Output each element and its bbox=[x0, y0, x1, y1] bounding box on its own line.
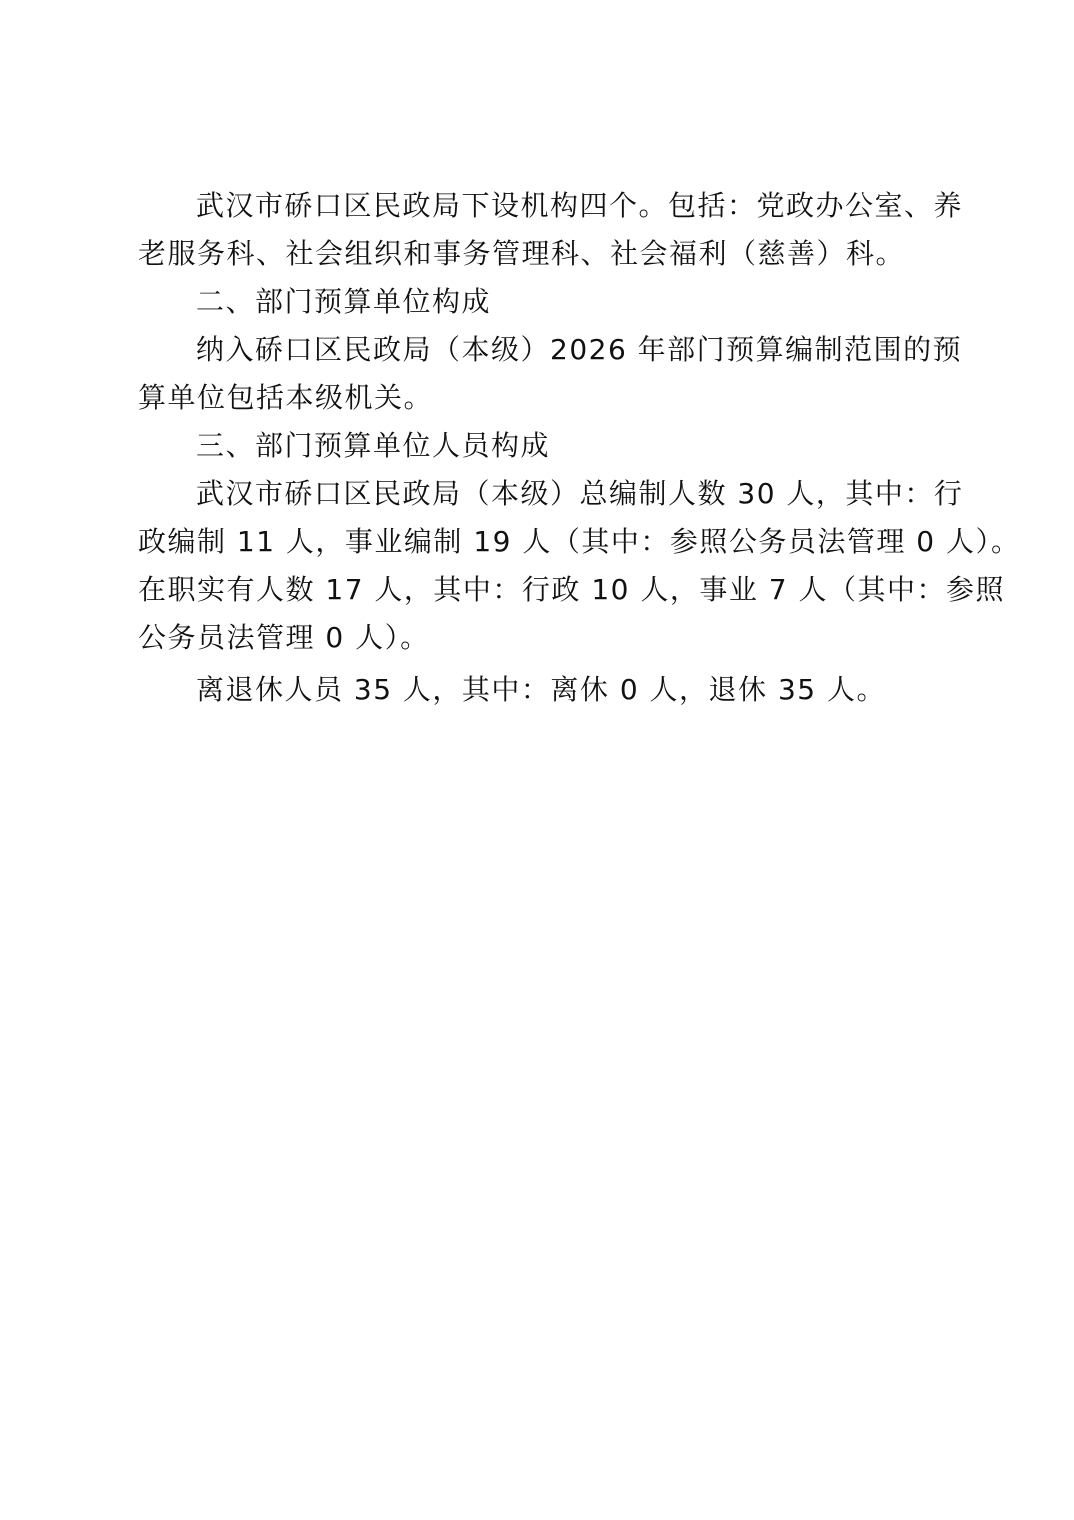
text-line: 政编制 11 人，事业编制 19 人（其中：参照公务员法管理 0 人）。 bbox=[138, 518, 938, 566]
text-line: 公务员法管理 0 人）。 bbox=[138, 614, 430, 662]
text-line: 纳入硚口区民政局（本级）2026 年部门预算编制范围的预 bbox=[196, 326, 938, 374]
section-heading-staff-composition: 三、部门预算单位人员构成 bbox=[196, 422, 550, 470]
paragraph-retired-staff: 离退休人员 35 人，其中：离休 0 人，退休 35 人。 bbox=[196, 666, 886, 714]
section-heading-budget-units: 二、部门预算单位构成 bbox=[196, 278, 491, 326]
text-line: 在职实有人数 17 人，其中：行政 10 人，事业 7 人（其中：参照 bbox=[138, 566, 938, 614]
text-line: 算单位包括本级机关。 bbox=[138, 374, 433, 422]
text-line: 武汉市硚口区民政局（本级）总编制人数 30 人，其中：行 bbox=[196, 470, 938, 518]
text-line: 武汉市硚口区民政局下设机构四个。包括：党政办公室、养 bbox=[196, 182, 938, 230]
text-line: 老服务科、社会组织和事务管理科、社会福利（慈善）科。 bbox=[138, 230, 905, 278]
